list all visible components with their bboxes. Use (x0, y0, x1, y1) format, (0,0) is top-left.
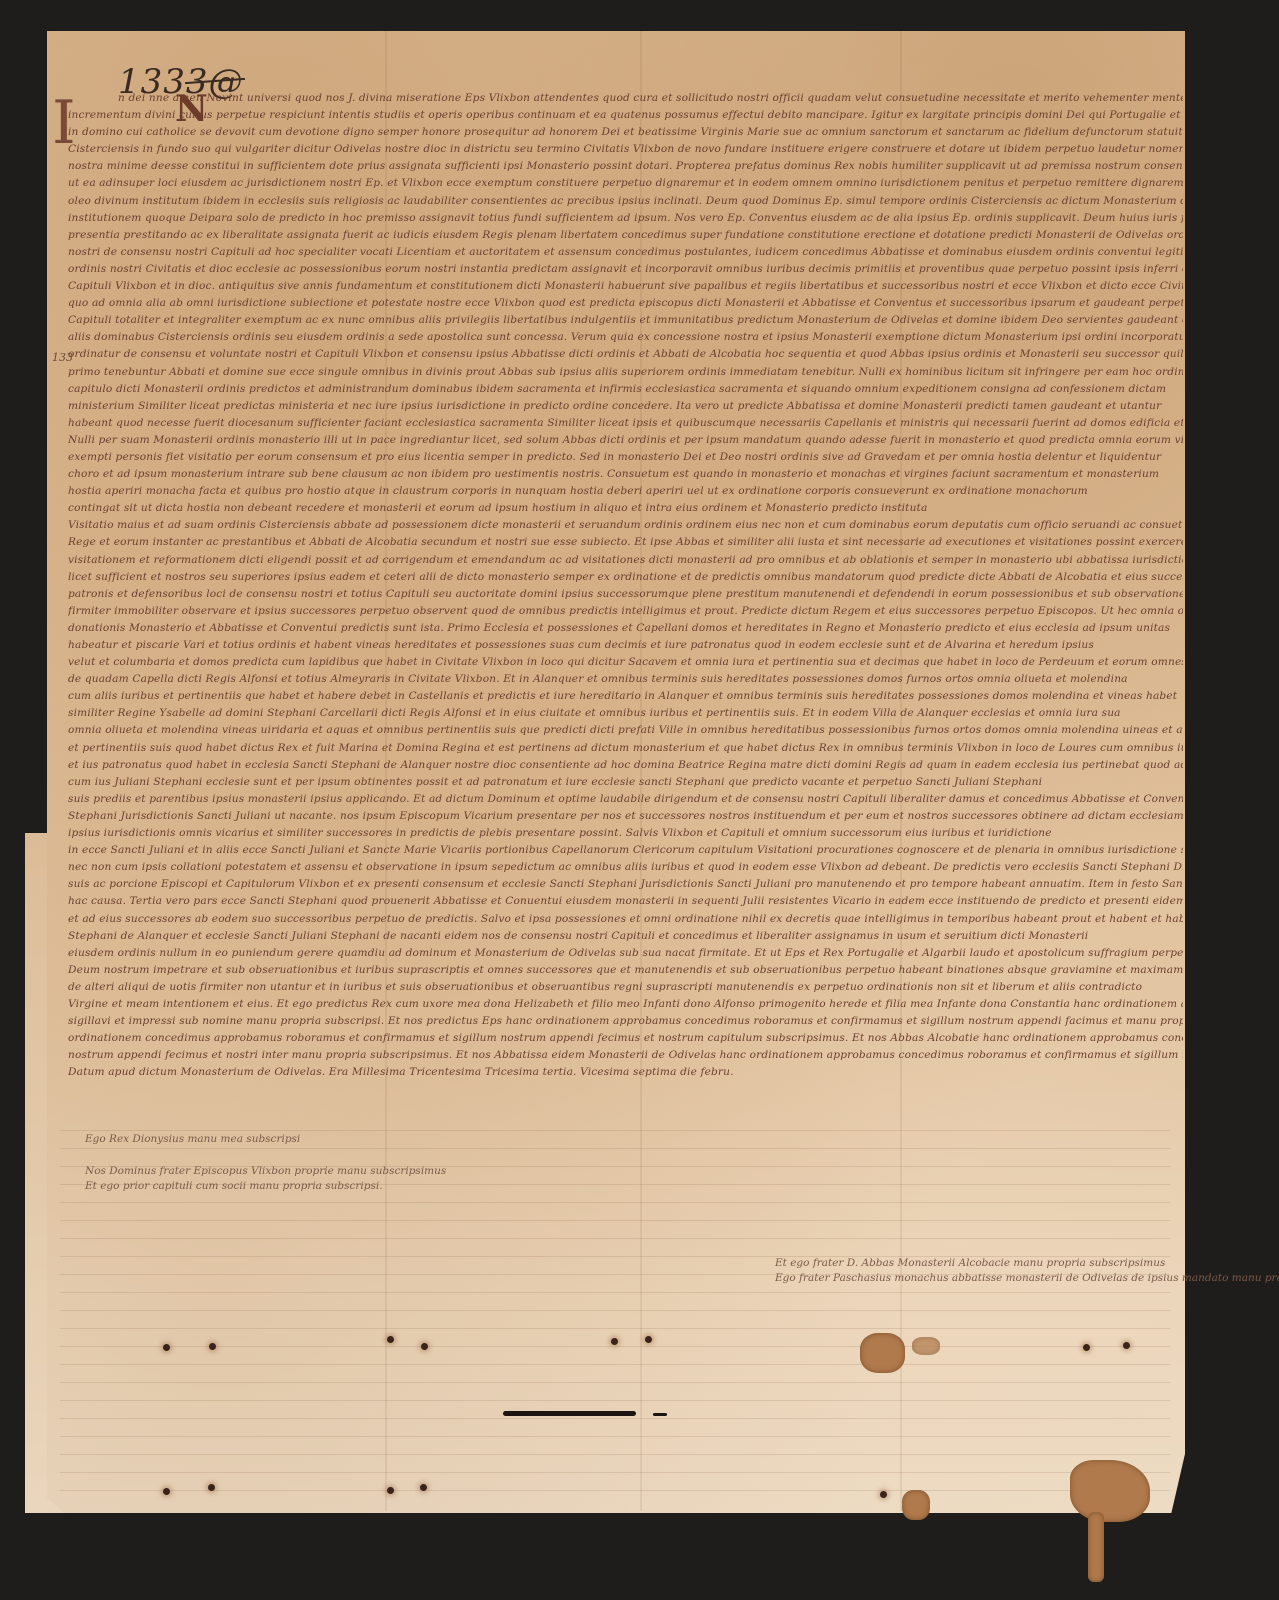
text-line: donationis Monasterio et Abbatisse et Co… (68, 620, 1183, 637)
text-line: ordinatur de consensu et voluntate nostr… (68, 346, 1183, 363)
text-line: Virgine et meam intentionem et eius. Et … (68, 996, 1183, 1013)
ruling-line (60, 1418, 1170, 1419)
text-line: ministerium Similiter liceat predictas m… (68, 398, 1183, 415)
ruling-line (60, 1292, 1170, 1293)
text-line: in domino cui catholice se devovit cum d… (68, 124, 1183, 141)
text-line: Rege et eorum instanter ac prestantibus … (68, 534, 1183, 551)
text-line: habeatur et piscarie Vari et totius ordi… (68, 637, 1183, 654)
text-line: suis ac porcione Episcopi et Capitulorum… (68, 876, 1183, 893)
text-line: Deum nostrum impetrare et sub obseruatio… (68, 962, 1183, 979)
text-line: Datum apud dictum Monasterium de Odivela… (68, 1064, 1183, 1081)
text-line: et pertinentiis suis quod habet dictus R… (68, 740, 1183, 757)
seal-cord-twisted (1070, 1460, 1150, 1522)
seal-slit (653, 1413, 667, 1416)
text-line: hostia aperiri monacha facta et quibus p… (68, 483, 1183, 500)
text-line: de alteri aliqui de uotis firmiter non u… (68, 979, 1183, 996)
text-line: Cisterciensis in fundo suo qui vulgarite… (68, 141, 1183, 158)
text-line: institutionem quoque Deipara solo de pre… (68, 210, 1183, 227)
text-line: suis prediis et parentibus ipsius monast… (68, 791, 1183, 808)
text-line: n dei nne amen Novint universi quod nos … (68, 90, 1183, 107)
text-line: Stephani Jurisdictionis Sancti Juliani u… (68, 808, 1183, 825)
ruling-line (60, 1148, 1170, 1149)
seal-cord-remnant (902, 1490, 930, 1520)
ruling-line (60, 1490, 1170, 1491)
text-line: velut et columbaria et domos predicta cu… (68, 654, 1183, 671)
text-line: Visitatio maius et ad suam ordinis Ciste… (68, 517, 1183, 534)
seal-cord-hole (1123, 1342, 1130, 1349)
text-line: nec non cum ipsis collationi potestatem … (68, 859, 1183, 876)
seal-cord-remnant (912, 1337, 940, 1355)
ruling-line (60, 1436, 1170, 1437)
text-line: presentia prestitando ac ex liberalitate… (68, 227, 1183, 244)
text-line: oleo divinum institutum ibidem in eccles… (68, 193, 1183, 210)
ruling-line (60, 1382, 1170, 1383)
text-line: quo ad omnia alia ab omni iurisdictione … (68, 295, 1183, 312)
text-line: de quadam Capella dicti Regis Alfonsi et… (68, 671, 1183, 688)
text-line: visitationem et reformationem dicti elig… (68, 552, 1183, 569)
seal-cord-hole (611, 1338, 618, 1345)
subscription-bishop: Nos Dominus frater Episcopus Vlixbon pro… (85, 1165, 446, 1177)
seal-cord-hole (880, 1491, 887, 1498)
seal-cord-hole (208, 1484, 215, 1491)
seal-cord-hole (420, 1484, 427, 1491)
text-line: et ius patronatus quod habet in ecclesia… (68, 757, 1183, 774)
ruling-line (60, 1220, 1170, 1221)
subscription-monk: Ego frater Paschasius monachus abbatisse… (775, 1272, 1279, 1284)
text-line: nostrum appendi fecimus et nostri inter … (68, 1047, 1183, 1064)
ruling-line (60, 1400, 1170, 1401)
text-line: et ad eius successores ab eodem suo succ… (68, 911, 1183, 928)
text-line: eiusdem ordinis nullum in eo puniendum g… (68, 945, 1183, 962)
ruling-line (60, 1130, 1170, 1131)
ruling-line (60, 1454, 1170, 1455)
text-line: firmiter immobiliter observare et ipsius… (68, 603, 1183, 620)
text-line: cum aliis iuribus et pertinentiis que ha… (68, 688, 1183, 705)
seal-cord-hole (387, 1487, 394, 1494)
text-line: habeant quod necesse fuerit diocesanum s… (68, 415, 1183, 432)
seal-cord-remnant (860, 1333, 905, 1373)
text-line: Capituli totaliter et integraliter exemp… (68, 312, 1183, 329)
text-line: primo tenebuntur Abbati et domine sue ec… (68, 364, 1183, 381)
text-line: Stephani de Alanquer et ecclesie Sancti … (68, 928, 1183, 945)
text-line: omnia oliueta et molendina vineas uirida… (68, 722, 1183, 739)
seal-cord-hole (209, 1343, 216, 1350)
text-line: capitulo dicti Monasterii ordinis predic… (68, 381, 1183, 398)
text-line: aliis dominabus Cisterciensis ordinis se… (68, 329, 1183, 346)
ruling-line (60, 1472, 1170, 1473)
text-line: ordinis nostri Civitatis et dioc ecclesi… (68, 261, 1183, 278)
subscription-abbot: Et ego frater D. Abbas Monasterii Alcoba… (775, 1257, 1165, 1269)
text-line: exempti personis fiet visitatio per eoru… (68, 449, 1183, 466)
seal-cord-hole (421, 1343, 428, 1350)
text-line: ordinationem concedimus approbamus robor… (68, 1030, 1183, 1047)
text-line: nostra minime deesse constitui in suffic… (68, 158, 1183, 175)
text-line: choro et ad ipsum monasterium intrare su… (68, 466, 1183, 483)
ruling-line (60, 1202, 1170, 1203)
text-line: similiter Regine Ysabelle ad domini Step… (68, 705, 1183, 722)
ruling-line (60, 1346, 1170, 1347)
seal-cord-hole (645, 1336, 652, 1343)
text-line: in ecce Sancti Juliani et in aliis ecce … (68, 842, 1183, 859)
subscription-prior: Et ego prior capituli cum socii manu pro… (85, 1180, 383, 1192)
seal-cord-hole (387, 1336, 394, 1343)
text-line: Capituli Vlixbon et in dioc. antiquitus … (68, 278, 1183, 295)
text-line: ipsius iurisdictionis omnis vicarius et … (68, 825, 1183, 842)
ruling-line (60, 1238, 1170, 1239)
ruling-line (60, 1364, 1170, 1365)
text-line: hac causa. Tertia vero pars ecce Sancti … (68, 893, 1183, 910)
text-line: nostri de consensu nostri Capituli ad ho… (68, 244, 1183, 261)
text-line: patronis et defensoribus loci de consens… (68, 586, 1183, 603)
text-line: licet sufficient et nostros seu superior… (68, 569, 1183, 586)
seal-cord-hanging (1088, 1512, 1104, 1582)
ruling-line (60, 1328, 1170, 1329)
charter-main-text: n dei nne amen Novint universi quod nos … (68, 90, 1183, 1081)
subscription-king: Ego Rex Dionysius manu mea subscripsi (85, 1133, 300, 1145)
text-line: cum ius Juliani Stephani ecclesie sunt e… (68, 774, 1183, 791)
seal-cord-hole (163, 1344, 170, 1351)
text-line: sigillavi et impressi sub nomine manu pr… (68, 1013, 1183, 1030)
text-line: Nulli per suam Monasterii ordinis monast… (68, 432, 1183, 449)
seal-cord-hole (163, 1488, 170, 1495)
text-line: contingat sit ut dicta hostia non debean… (68, 500, 1183, 517)
text-line: incrementum divini cultus perpetue respi… (68, 107, 1183, 124)
text-line: ut ea adinsuper loci eiusdem ac jurisdic… (68, 175, 1183, 192)
seal-slit (503, 1411, 636, 1416)
ruling-line (60, 1310, 1170, 1311)
seal-cord-hole (1083, 1344, 1090, 1351)
